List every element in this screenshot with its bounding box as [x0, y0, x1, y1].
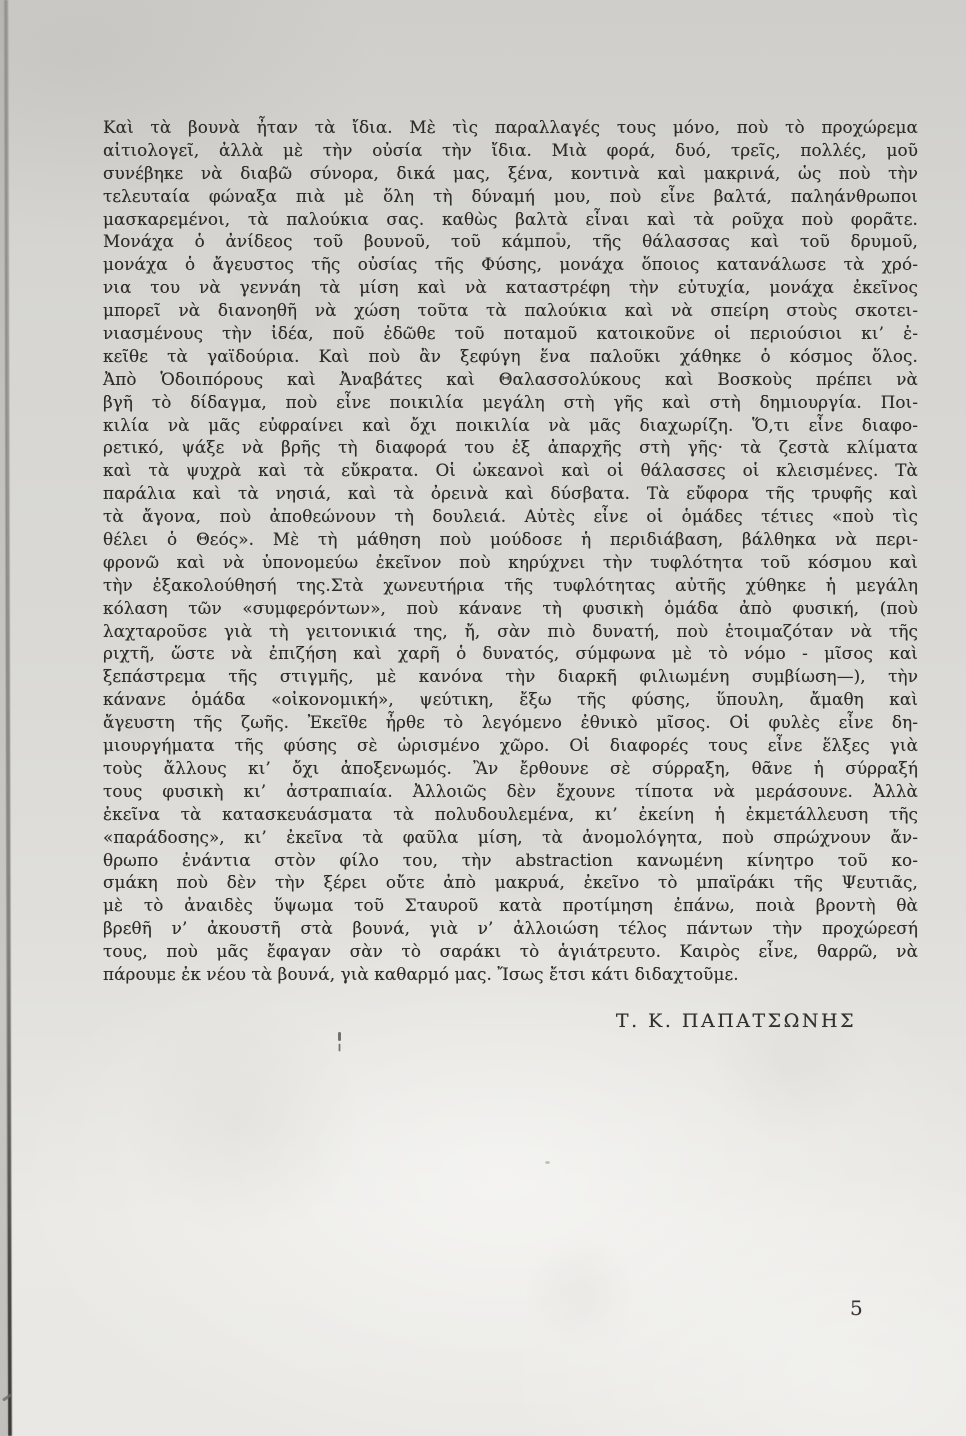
text-line: φρονῶ καὶ νὰ ὑπονομεύω ἐκεῖνον ποὺ κηρύχ… [103, 551, 918, 574]
text-line: τελευταία φώναξα πιὰ μὲ ὅλη τὴ δύναμή μο… [103, 185, 918, 208]
text-line: Μονάχα ὁ ἀνίδεος τοῦ βουνοῦ, τοῦ κάμπου,… [103, 230, 918, 253]
text-line: νιασμένους τὴν ἰδέα, ποῦ ἐδῶθε τοῦ ποταμ… [103, 322, 918, 345]
text-line: πάρουμε ἐκ νέου τὰ βουνά, γιὰ καθαρμό μα… [103, 963, 918, 986]
text-line: ἄγευστη τῆς ζωῆς. Ἐκεῖθε ἦρθε τὸ λεγόμεν… [103, 711, 918, 734]
text-line: ριχτῆ, ὥστε νὰ ἐπιζήση καὶ χαρῆ ὁ δυνατό… [103, 642, 918, 665]
author-name: Τ. Κ. ΠΑΠΑΤΣΩΝΗΣ [616, 1010, 856, 1032]
text-line: καὶ τὰ ψυχρὰ καὶ τὰ εὔκρατα. Οἱ ὠκεανοὶ … [103, 459, 918, 482]
text-line: τὴν ἐξακολούθησή της.Στὰ χωνευτήρια τῆς … [103, 574, 918, 597]
text-line: μὲ τὸ ἀναιδὲς ὕψωμα τοῦ Σταυροῦ κατὰ προ… [103, 894, 918, 917]
text-line: ξεπάστρεμα τῆς στιγμῆς, μὲ κανόνα τὴν δι… [103, 665, 918, 688]
book-page: Καὶ τὰ βουνὰ ἦταν τὰ ἴδια. Μὲ τὶς παραλλ… [0, 0, 966, 1436]
text-line: μπορεῖ νὰ διανοηθῆ νὰ χώση τοῦτα τὰ παλο… [103, 299, 918, 322]
text-line: συνέβηκε νὰ διαβῶ σύνορα, δικά μας, ξένα… [103, 162, 918, 185]
body-text: Καὶ τὰ βουνὰ ἦταν τὰ ἴδια. Μὲ τὶς παραλλ… [103, 116, 918, 986]
text-line: θρωπο ἐνάντια στὸν φίλο του, τὴν abstrac… [103, 849, 918, 872]
text-line: τους, ποὺ μᾶς ἔφαγαν σὰν τὸ σαράκι τὸ ἁγ… [103, 940, 918, 963]
text-line: τοὺς ἄλλους κι’ ὄχι ἀποξενωμός. Ἂν ἔρθου… [103, 757, 918, 780]
text-line: λαχταροῦσε γιὰ τὴ γειτονικιά της, ἤ, σὰν… [103, 620, 918, 643]
text-line: αἰτιολογεῖ, ἀλλὰ μὲ τὴν οὐσία τὴν ἴδια. … [103, 139, 918, 162]
text-line: θέλει ὁ Θεός». Μὲ τὴ μάθηση ποὺ μούδοσε … [103, 528, 918, 551]
text-line: μιουργήματα τῆς φύσης σὲ ὡρισμένο χῶρο. … [103, 734, 918, 757]
text-line: κόλαση τῶν «συμφερόντων», ποὺ κάνανε τὴ … [103, 597, 918, 620]
text-line: σμάκη ποὺ δὲν τὴν ξέρει οὔτε ἀπὸ μακρυά,… [103, 871, 918, 894]
text-line: κάνανε ὁμάδα «οἰκονομική», ψεύτικη, ἔξω … [103, 688, 918, 711]
text-line: τὰ ἄγονα, ποὺ ἀποθεώνουν τὴ δουλειά. Αὐτ… [103, 505, 918, 528]
text-line: κεῖθε τὰ γαϊδούρια. Καὶ ποὺ ἂν ξεφύγη ἕν… [103, 345, 918, 368]
text-line: κιλία νὰ μᾶς εὐφραίνει καὶ ὄχι ποικιλία … [103, 414, 918, 437]
text-line: ρετικό, ψάξε νὰ βρῆς τὴ διαφορά του ἐξ ἀ… [103, 436, 918, 459]
text-line: «παράδοσης», κι’ ἐκεῖνα τὰ φαῦλα μίση, τ… [103, 826, 918, 849]
ink-speck [338, 1032, 341, 1041]
text-line: Καὶ τὰ βουνὰ ἦταν τὰ ἴδια. Μὲ τὶς παραλλ… [103, 116, 918, 139]
text-line: τους φυσικὴ κι’ ἀστραπιαία. Ἀλλοιῶς δὲν … [103, 780, 918, 803]
text-line: μονάχα ὁ ἄγευστος τῆς οὐσίας τῆς Φύσης, … [103, 253, 918, 276]
author-signature: Τ. Κ. ΠΑΠΑΤΣΩΝΗΣ [103, 1010, 856, 1032]
text-line: μασκαρεμένοι, τὰ παλούκια σας. καθὼς βαλ… [103, 208, 918, 231]
text-line: ἐκεῖνα τὰ κατασκευάσματα τὰ πολυδουλεμέν… [103, 803, 918, 826]
page-number: 5 [850, 1296, 863, 1320]
text-line: βρεθῆ ν’ ἀκουστῆ στὰ βουνά, γιὰ ν’ ἀλλοι… [103, 917, 918, 940]
text-line: παράλια καὶ τὰ νησιά, καὶ τὰ ὀρεινὰ καὶ … [103, 482, 918, 505]
text-line: βγῆ τὸ δίδαγμα, ποὺ εἶνε ποικιλία μεγάλη… [103, 391, 918, 414]
dust-speck [556, 232, 560, 235]
dust-speck [545, 1161, 550, 1164]
text-line: Ἀπὸ Ὁδοιπόρους καὶ Ἀναβάτες καὶ Θαλασσολ… [103, 368, 918, 391]
text-line: νια του νὰ γεννάη τὰ μίση καὶ νὰ καταστρ… [103, 276, 918, 299]
